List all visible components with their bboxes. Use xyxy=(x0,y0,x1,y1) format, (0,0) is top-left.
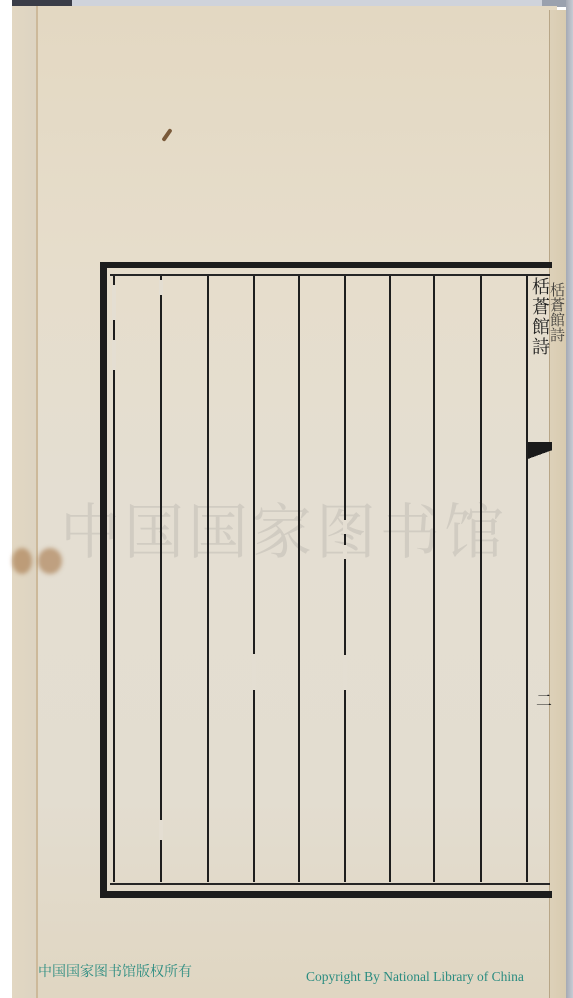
inner-frame-border xyxy=(110,274,550,885)
copyright-chinese: 中国国家图书馆版权所有 xyxy=(38,961,192,981)
scan-background-right xyxy=(566,0,573,998)
rule-break xyxy=(159,820,163,840)
column-rule xyxy=(344,276,346,882)
rule-break xyxy=(343,520,347,534)
water-stain xyxy=(38,548,62,574)
rule-break xyxy=(252,654,256,690)
column-rule xyxy=(253,276,255,882)
rule-break xyxy=(343,545,347,559)
rule-break xyxy=(112,285,116,320)
column-rule xyxy=(389,276,391,882)
rule-break xyxy=(343,655,347,690)
water-stain xyxy=(12,548,32,574)
column-rule xyxy=(433,276,435,882)
adjacent-fold-title: 栝蒼館詩 xyxy=(553,282,567,342)
fishtail-mark xyxy=(528,442,552,464)
page-number: 二 xyxy=(536,688,552,711)
column-rule xyxy=(160,276,162,882)
left-page-edge xyxy=(12,6,38,998)
copyright-english: Copyright By National Library of China xyxy=(306,969,524,985)
column-rule xyxy=(480,276,482,882)
column-rule xyxy=(526,276,528,882)
rule-break xyxy=(159,280,163,295)
rule-break xyxy=(112,340,116,370)
column-rule xyxy=(207,276,209,882)
column-rule xyxy=(298,276,300,882)
